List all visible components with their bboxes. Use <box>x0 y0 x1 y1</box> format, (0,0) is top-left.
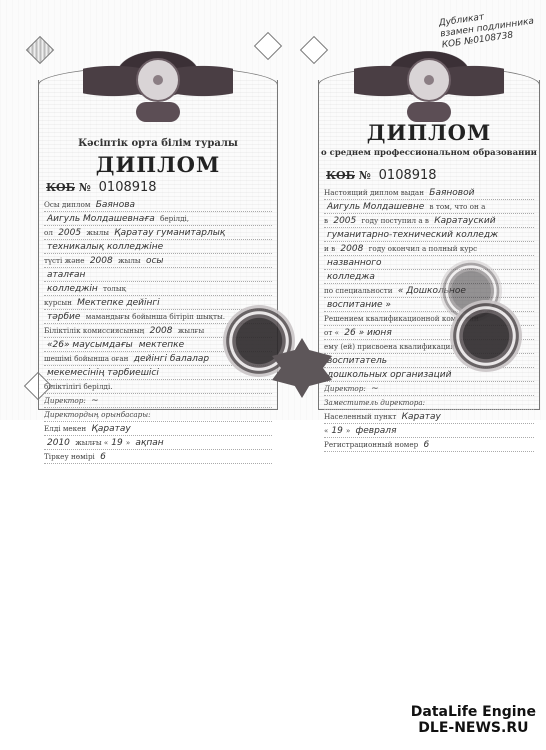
date-sep: жылғы « <box>73 438 108 447</box>
date-line: 2010 жылғы «19» ақпан <box>44 436 272 450</box>
place-label: Елді мекен <box>44 424 89 433</box>
handwritten-value: тәрбие <box>47 312 80 322</box>
place-line: Елді мекен Қаратау <box>44 422 272 436</box>
handwritten-value: дейінгі балалар <box>134 354 209 364</box>
site-watermark: DataLife Engine DLE-NEWS.RU <box>411 704 536 736</box>
state-emblem-icon <box>136 58 180 102</box>
line-label: году окончил а полный курс <box>366 244 477 253</box>
registration-value: 6 <box>100 452 106 462</box>
line-label: толық <box>101 284 126 293</box>
deputy-line: Заместитель директора: <box>324 396 534 410</box>
handwritten-value: Аигуль Молдашевнаға <box>47 214 155 224</box>
line-label: берілді, <box>158 214 189 223</box>
registration-label: Регистрационный номер <box>324 440 421 449</box>
text-line: Настоящий диплом выдан Баяновой <box>324 186 534 200</box>
registration-value: 6 <box>424 440 430 450</box>
deputy-label: Директордың орынбасары: <box>44 410 151 419</box>
date-sep: « <box>324 426 328 435</box>
handwritten-value: 2005 <box>333 216 356 226</box>
place-value: Каратау <box>402 412 441 422</box>
line-label: жылғы <box>176 326 205 335</box>
serial-number: КОБ № 0108918 <box>46 180 157 195</box>
text-line: ол 2005 жылы Қаратау гуманитарлық <box>44 226 272 240</box>
date-sep: » <box>126 438 133 447</box>
emblem-base-ornament <box>407 102 451 122</box>
handwritten-value: 2008 <box>150 326 173 336</box>
date-sep: » <box>346 426 353 435</box>
handwritten-value: мектепке <box>139 340 184 350</box>
line-label: мамандығы бойынша бітіріп шықты. <box>83 312 225 321</box>
line-label: от « <box>324 328 341 337</box>
handwritten-value: осы <box>146 256 164 266</box>
text-line: Осы диплом Баянова <box>44 198 272 212</box>
handwritten-value: техникалық колледжіне <box>47 242 163 252</box>
handwritten-value: колледжін <box>47 284 98 294</box>
line-label: түсті және <box>44 256 87 265</box>
text-line: по специальности « Дошкольное <box>324 284 534 298</box>
director-signature: ~ <box>91 396 99 406</box>
handwritten-value: воспитание » <box>327 300 391 310</box>
handwritten-value: 2005 <box>58 228 81 238</box>
text-line: аталған <box>44 268 272 282</box>
diploma-title: ДИПЛОМ <box>38 152 278 177</box>
handwritten-value: Баяновой <box>429 188 474 198</box>
line-label: жылы <box>84 228 111 237</box>
text-line: и в 2008 году окончил а полный курс <box>324 242 534 256</box>
date-year: 2010 <box>47 438 70 448</box>
handwritten-value: аталған <box>47 270 85 280</box>
diploma-subtitle: о среднем профессиональном образовании <box>318 148 540 158</box>
diploma-header: Кәсіптік орта білім туралы <box>38 138 278 149</box>
line-label: Настоящий диплом выдан <box>324 188 426 197</box>
deputy-label: Заместитель директора: <box>324 398 425 407</box>
registration-label: Тіркеу нөмірі <box>44 452 97 461</box>
line-label: біліктілігі берілді. <box>44 382 113 391</box>
text-line: курсын Мектепке дейінгі <box>44 296 272 310</box>
serial-number: КОБ № 0108918 <box>326 168 437 183</box>
line-label: в том, что он а <box>427 202 485 211</box>
handwritten-value: 26 » июня <box>344 328 391 338</box>
handwritten-value: 2008 <box>340 244 363 254</box>
date-month: февраля <box>356 426 397 436</box>
text-line: в 2005 году поступил а в Каратауский <box>324 214 534 228</box>
line-label: ему (ей) присвоена квалификация <box>324 342 455 351</box>
text-line: біліктілігі берілді. <box>44 380 272 394</box>
line-label: Біліктілік комиссиясының <box>44 326 147 335</box>
text-line: колледжа <box>324 270 534 284</box>
line-label: ол <box>44 228 55 237</box>
handwritten-value: Аигуль Молдашевне <box>327 202 424 212</box>
place-line: Населенный пункт Каратау <box>324 410 534 424</box>
director-label: Директор: <box>44 396 88 405</box>
handwritten-value: Каратауский <box>434 216 495 226</box>
handwritten-value: гуманитарно-технический колледж <box>327 230 498 240</box>
registration-line: Тіркеу нөмірі 6 <box>44 450 272 464</box>
handwritten-value: Қаратау гуманитарлық <box>114 228 225 238</box>
text-line: Аигуль Молдашевнаға берілді, <box>44 212 272 226</box>
diploma-title: ДИПЛОМ <box>318 120 540 145</box>
date-day: 19 <box>111 438 122 448</box>
line-label: жылы <box>116 256 143 265</box>
text-line: дошкольных организаций <box>324 368 534 382</box>
text-line: гуманитарно-технический колледж <box>324 228 534 242</box>
text-line: Аигуль Молдашевне в том, что он а <box>324 200 534 214</box>
handwritten-value: Баянова <box>96 200 135 210</box>
handwritten-value: «26» маусымдағы <box>47 340 133 350</box>
handwritten-value: воспитатель <box>327 356 387 366</box>
place-label: Населенный пункт <box>324 412 399 421</box>
handwritten-value: названного <box>327 258 382 268</box>
deputy-line: Директордың орынбасары: <box>44 408 272 422</box>
stamp-seal <box>450 300 522 372</box>
line-label: году поступил а в <box>359 216 431 225</box>
handwritten-value: мекемесінің тәрбиешісі <box>47 368 159 378</box>
handwritten-value: дошкольных организаций <box>327 370 451 380</box>
line-label: курсын <box>44 298 74 307</box>
line-label: шешімі бойынша оған <box>44 354 131 363</box>
director-line: Директор: ~ <box>324 382 534 396</box>
line-label: в <box>324 216 330 225</box>
text-line: техникалық колледжіне <box>44 240 272 254</box>
date-day: 19 <box>331 426 342 436</box>
date-month: ақпан <box>135 438 163 448</box>
line-label: Осы диплом <box>44 200 93 209</box>
director-line: Директор: ~ <box>44 394 272 408</box>
line-label: и в <box>324 244 337 253</box>
director-label: Директор: <box>324 384 368 393</box>
emblem-base-ornament <box>136 102 180 122</box>
state-emblem-icon <box>407 58 451 102</box>
handwritten-value: Мектепке дейінгі <box>77 298 159 308</box>
date-line: «19» февраля <box>324 424 534 438</box>
place-value: Қаратау <box>92 424 131 434</box>
line-label: по специальности <box>324 286 395 295</box>
director-signature: ~ <box>371 384 379 394</box>
text-line: түсті және 2008 жылы осы <box>44 254 272 268</box>
text-line: названного <box>324 256 534 270</box>
handwritten-value: 2008 <box>90 256 113 266</box>
registration-line: Регистрационный номер 6 <box>324 438 534 452</box>
handwritten-value: колледжа <box>327 272 375 282</box>
text-line: колледжін толық <box>44 282 272 296</box>
